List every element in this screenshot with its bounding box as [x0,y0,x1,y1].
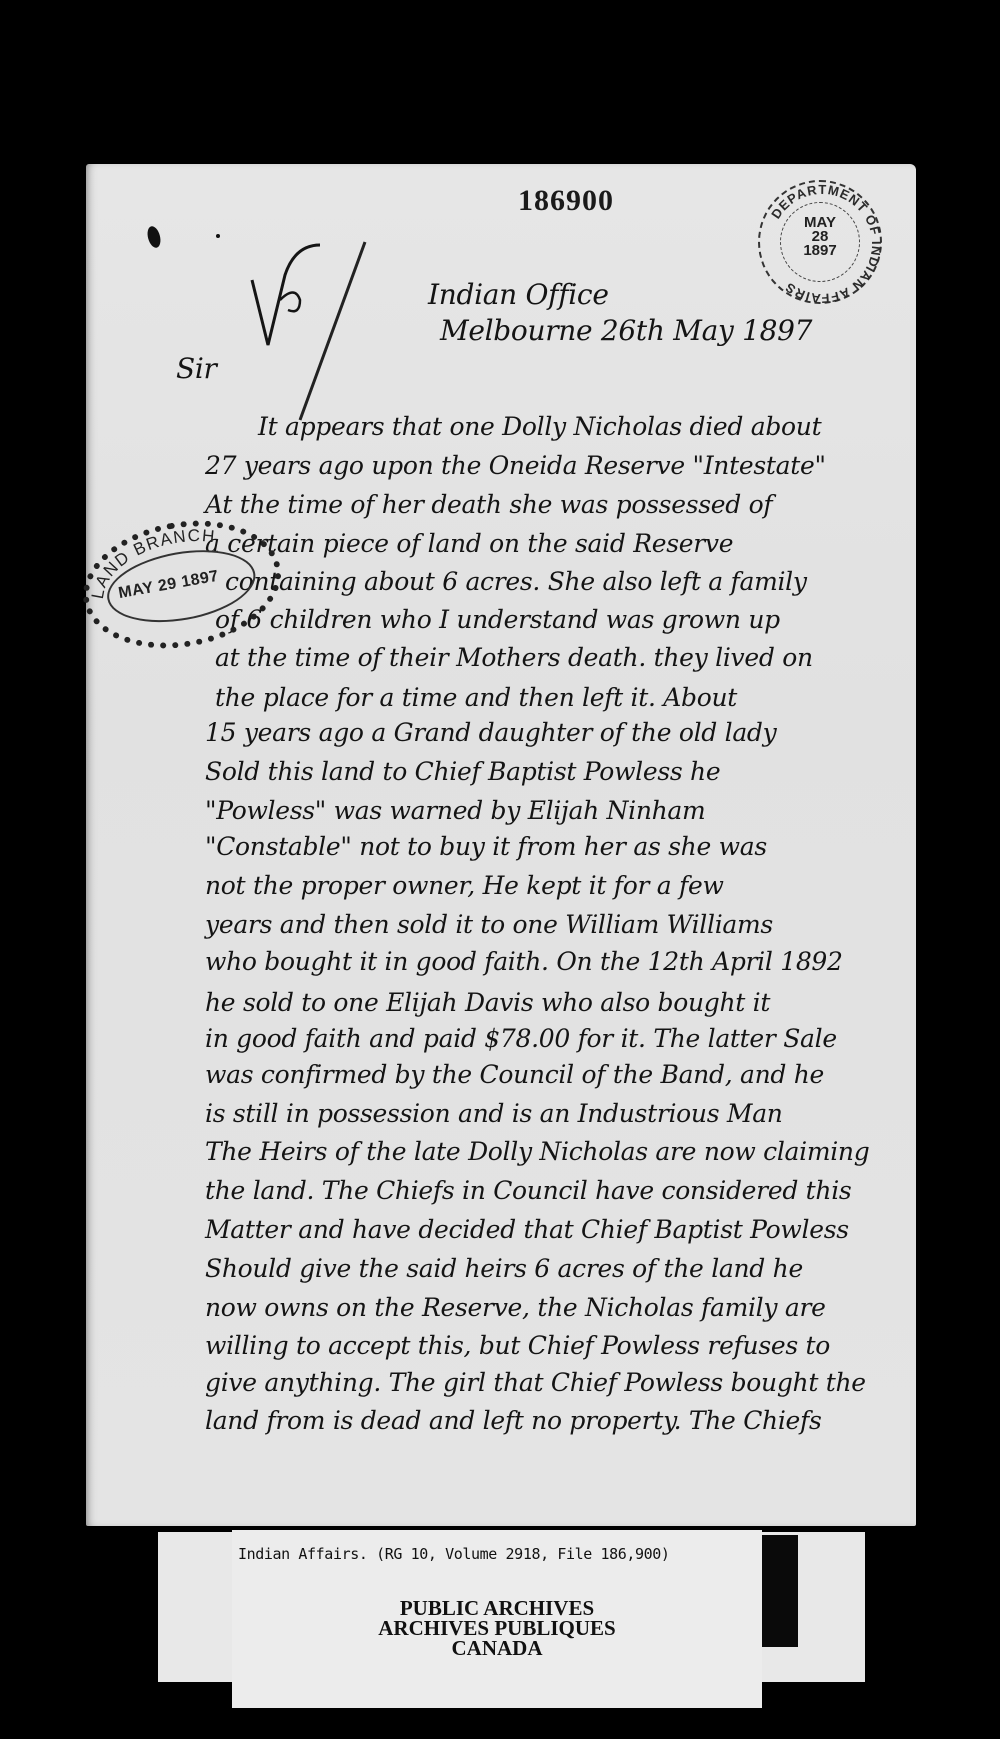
department-received-stamp: DEPARTMENT OF INDIAN AFFAIRS MAY 28 1897 [758,180,882,304]
archive-line-1: PUBLIC ARCHIVES [232,1598,762,1618]
body-line: 15 years ago a Grand daughter of the old… [205,718,905,747]
body-line: of 6 children who I understand was grown… [215,605,915,634]
body-line: land from is dead and left no property. … [205,1406,905,1435]
file-number: 186900 [518,184,614,218]
body-line: years and then sold it to one William Wi… [205,910,905,939]
ink-dot [216,234,220,238]
header-place-date: Melbourne 26th May 1897 [440,314,812,347]
margin-mark-icon [240,230,390,430]
body-line: "Constable" not to buy it from her as sh… [205,832,905,861]
body-line: a certain piece of land on the said Rese… [205,529,905,558]
salutation: Sir [176,352,217,385]
body-line: willing to accept this, but Chief Powles… [205,1331,905,1360]
body-line: Sold this land to Chief Baptist Powless … [205,757,905,786]
label-tab [762,1535,798,1647]
body-line: is still in possession and is an Industr… [205,1099,905,1128]
body-line: containing about 6 acres. She also left … [225,567,925,596]
archive-line-3: CANADA [232,1638,762,1658]
body-line: not the proper owner, He kept it for a f… [205,871,905,900]
body-line: was confirmed by the Council of the Band… [205,1060,905,1089]
archive-stamp-text: PUBLIC ARCHIVES ARCHIVES PUBLIQUES CANAD… [232,1598,762,1658]
body-line: 27 years ago upon the Oneida Reserve "In… [205,451,905,480]
header-office: Indian Office [428,278,609,311]
body-line: At the time of her death she was possess… [205,490,905,519]
archive-reference: Indian Affairs. (RG 10, Volume 2918, Fil… [238,1545,670,1563]
body-line: Should give the said heirs 6 acres of th… [205,1254,905,1283]
body-line: the land. The Chiefs in Council have con… [205,1176,905,1205]
body-line: Matter and have decided that Chief Bapti… [205,1215,905,1244]
body-line: in good faith and paid $78.00 for it. Th… [205,1024,905,1053]
archive-line-2: ARCHIVES PUBLIQUES [232,1618,762,1638]
body-line: The Heirs of the late Dolly Nicholas are… [205,1137,905,1166]
body-line: "Powless" was warned by Elijah Ninham [205,796,905,825]
stamp-year: 1897 [790,244,850,258]
body-line: now owns on the Reserve, the Nicholas fa… [205,1293,905,1322]
body-line: It appears that one Dolly Nicholas died … [258,412,958,441]
body-line: he sold to one Elijah Davis who also bou… [205,988,905,1017]
body-line: give anything. The girl that Chief Powle… [205,1368,905,1397]
body-line: at the time of their Mothers death. they… [215,643,915,672]
body-line: the place for a time and then left it. A… [215,683,915,712]
body-line: who bought it in good faith. On the 12th… [205,947,905,976]
